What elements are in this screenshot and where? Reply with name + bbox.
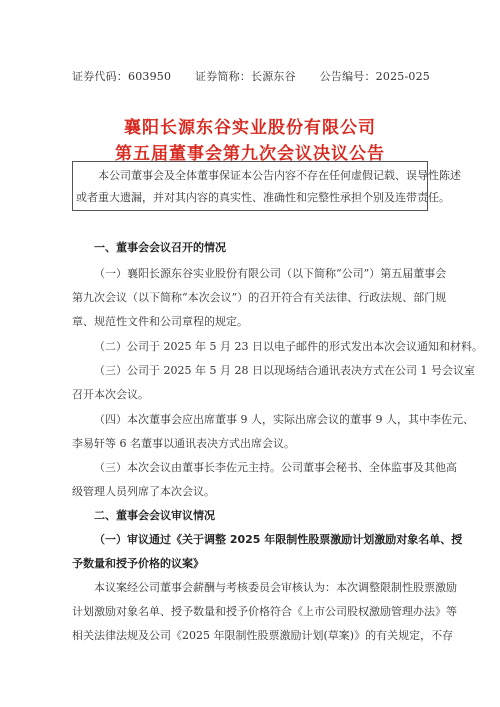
- motion-title-line: 予数量和授予价格的议案》: [72, 552, 430, 576]
- paragraph-line: 级管理人员列席了本次会议。: [72, 480, 430, 504]
- paragraph-line: （一）襄阳长源东谷实业股份有限公司（以下简称“公司”）第五届董事会: [72, 262, 430, 286]
- paragraph-line: 召开本次会议。: [72, 383, 430, 407]
- motion-title-line: （一）审议通过《关于调整 2025 年限制性股票激励计划激励对象名单、授: [72, 528, 430, 552]
- announcement-header: 证券代码：603950 证券简称：长源东谷 公告编号：2025-025: [72, 68, 430, 84]
- paragraph-line: 计划激励对象名单、授予数量和授予价格符合《上市公司股权激励管理办法》等: [72, 600, 430, 624]
- paragraph-line: （二）公司于 2025 年 5 月 23 日以电子邮件的形式发出本次会议通知和材…: [72, 335, 430, 359]
- motion-1-title: （一）审议通过《关于调整 2025 年限制性股票激励计划激励对象名单、授 予数量…: [72, 528, 430, 576]
- paragraph-line: 第九次会议（以下简称“本次会议”）的召开符合有关法律、行政法规、部门规: [72, 286, 430, 310]
- paragraph-line: 本议案经公司董事会薪酬与考核委员会审核认为：本次调整限制性股票激励: [72, 576, 430, 600]
- announcement-number: 公告编号：2025-025: [320, 68, 430, 84]
- document-page: 证券代码：603950 证券简称：长源东谷 公告编号：2025-025 襄阳长源…: [0, 0, 500, 707]
- section-1-item-2: （二）公司于 2025 年 5 月 23 日以电子邮件的形式发出本次会议通知和材…: [72, 335, 430, 359]
- paragraph-line: 李易轩等 6 名董事以通讯表决方式出席会议。: [72, 432, 430, 456]
- stock-short-name: 证券简称：长源东谷: [195, 68, 296, 84]
- section-1-item-4: （四）本次董事会应出席董事 9 人，实际出席会议的董事 9 人，其中李佐元、 李…: [72, 408, 430, 456]
- disclaimer-line-1: 本公司董事会及全体董事保证本公告内容不存在任何虚假记载、误导性陈述: [76, 165, 425, 187]
- disclaimer-box: 本公司董事会及全体董事保证本公告内容不存在任何虚假记载、误导性陈述 或者重大遗漏…: [72, 161, 428, 211]
- section-1-item-5: （三）本次会议由董事长李佐元主持。公司董事会秘书、全体监事及其他高 级管理人员列…: [72, 456, 430, 504]
- section-1-item-3: （三）公司于 2025 年 5 月 28 日以现场结合通讯表决方式在公司 1 号…: [72, 359, 430, 407]
- paragraph-line: （四）本次董事会应出席董事 9 人，实际出席会议的董事 9 人，其中李佐元、: [72, 408, 430, 432]
- section-2-heading: 二、董事会会议审议情况: [72, 504, 430, 528]
- stock-code: 证券代码：603950: [72, 68, 171, 84]
- section-1-item-1: （一）襄阳长源东谷实业股份有限公司（以下简称“公司”）第五届董事会 第九次会议（…: [72, 262, 430, 334]
- paragraph-line: （三）公司于 2025 年 5 月 28 日以现场结合通讯表决方式在公司 1 号…: [72, 359, 430, 383]
- paragraph-line: 相关法律法规及公司《2025 年限制性股票激励计划(草案)》的有关规定，不存: [72, 624, 430, 648]
- section-1-heading: 一、董事会会议召开的情况: [72, 236, 430, 260]
- company-name-title: 襄阳长源东谷实业股份有限公司: [0, 113, 500, 138]
- motion-1-body: 本议案经公司董事会薪酬与考核委员会审核认为：本次调整限制性股票激励 计划激励对象…: [72, 576, 430, 648]
- disclaimer-line-2: 或者重大遗漏，并对其内容的真实性、准确性和完整性承担个别及连带责任。: [76, 187, 425, 209]
- paragraph-line: （三）本次会议由董事长李佐元主持。公司董事会秘书、全体监事及其他高: [72, 456, 430, 480]
- paragraph-line: 章、规范性文件和公司章程的规定。: [72, 310, 430, 334]
